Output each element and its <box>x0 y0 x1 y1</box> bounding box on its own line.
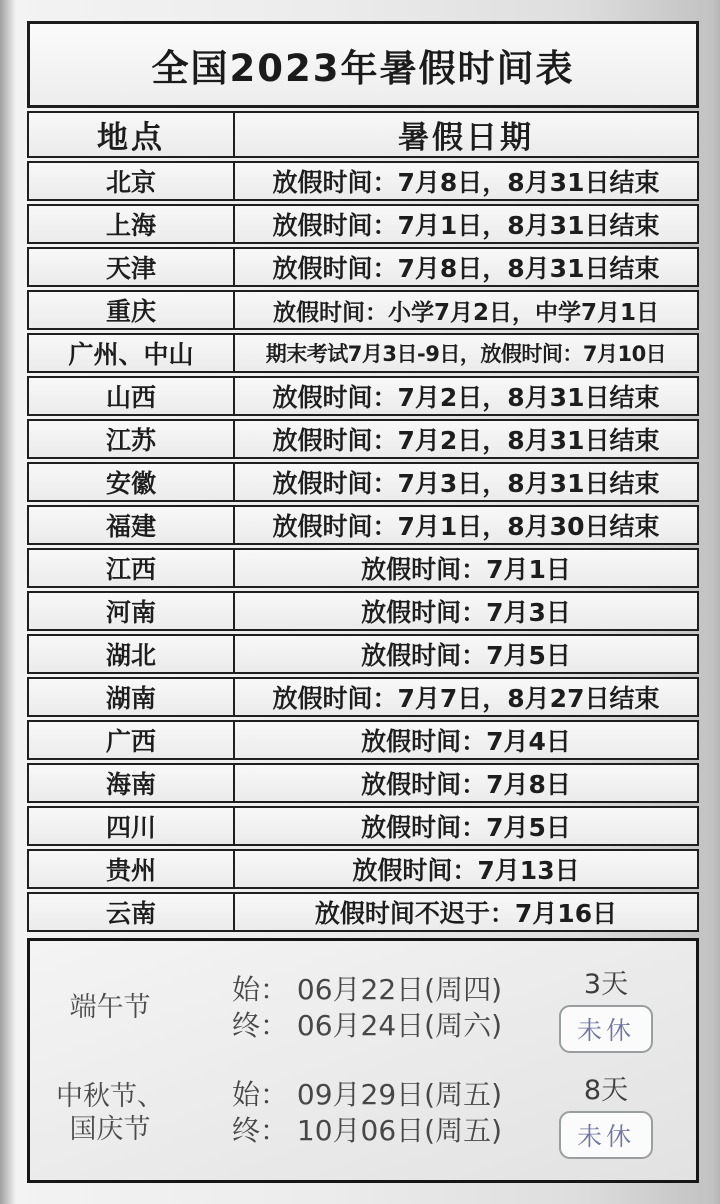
row-date: 放假时间：7月8日，8月31日结束 <box>233 247 699 287</box>
table-row-chongqing: 重庆 放假时间：小学7月2日，中学7月1日 <box>27 290 699 330</box>
days-count: 3天 <box>516 962 696 1001</box>
table-row-sichuan: 四川 放假时间：7月5日 <box>27 806 699 846</box>
row-date: 放假时间：小学7月2日，中学7月1日 <box>233 290 699 330</box>
table-row-hubei: 湖北 放假时间：7月5日 <box>27 634 699 674</box>
row-location: 广州、中山 <box>27 333 235 373</box>
row-date: 放假时间不迟于：7月16日 <box>233 892 699 932</box>
table-row-jiangxi: 江西 放假时间：7月1日 <box>27 548 699 588</box>
row-date: 放假时间：7月3日 <box>233 591 699 631</box>
row-date: 放假时间：7月2日，8月31日结束 <box>233 419 699 459</box>
table-header-row: 地点 暑假日期 <box>27 111 699 158</box>
header-date: 暑假日期 <box>233 111 699 158</box>
row-location: 江西 <box>27 548 235 588</box>
row-date: 期末考试7月3日-9日，放假时间：7月10日 <box>233 333 699 373</box>
row-location: 湖南 <box>27 677 235 717</box>
table-row-shanghai: 上海 放假时间：7月1日，8月31日结束 <box>27 204 699 244</box>
row-date: 放假时间：7月5日 <box>233 634 699 674</box>
row-location: 四川 <box>27 806 235 846</box>
holiday-start-date: 始： 09月29日(周五) <box>232 1077 516 1113</box>
row-date: 放假时间：7月2日，8月31日结束 <box>233 376 699 416</box>
table-row-hainan: 海南 放假时间：7月8日 <box>27 763 699 803</box>
holiday-end-date: 终： 10月06日(周五) <box>232 1113 516 1149</box>
row-date: 放假时间：7月1日，8月31日结束 <box>233 204 699 244</box>
row-location: 上海 <box>27 204 235 244</box>
row-date: 放假时间：7月1日 <box>233 548 699 588</box>
holiday-start-date: 始： 06月22日(周四) <box>232 972 516 1008</box>
status-badge[interactable]: 未休 <box>559 1005 653 1053</box>
days-count: 8天 <box>516 1068 696 1107</box>
table-row-yunnan: 云南 放假时间不迟于：7月16日 <box>27 892 699 932</box>
row-date: 放假时间：7月7日，8月27日结束 <box>233 677 699 717</box>
holiday-entry-duanwu: 端午节 始： 06月22日(周四) 终： 06月24日(周六) 3天 未休 <box>30 962 696 1053</box>
table-row-jiangsu: 江苏 放假时间：7月2日，8月31日结束 <box>27 419 699 459</box>
row-date: 放假时间：7月5日 <box>233 806 699 846</box>
holiday-name: 端午节 <box>30 991 190 1025</box>
table-row-guangzhou-zhongshan: 广州、中山 期末考试7月3日-9日，放假时间：7月10日 <box>27 333 699 373</box>
table-row-guangxi: 广西 放假时间：7月4日 <box>27 720 699 760</box>
row-location: 山西 <box>27 376 235 416</box>
holiday-summary: 8天 未休 <box>516 1068 696 1159</box>
page-title: 全国2023年暑假时间表 <box>27 21 699 108</box>
row-date: 放假时间：7月3日，8月31日结束 <box>233 462 699 502</box>
row-location: 安徽 <box>27 462 235 502</box>
row-location: 天津 <box>27 247 235 287</box>
holiday-dates: 始： 09月29日(周五) 终： 10月06日(周五) <box>190 1077 516 1149</box>
row-location: 河南 <box>27 591 235 631</box>
table-row-anhui: 安徽 放假时间：7月3日，8月31日结束 <box>27 462 699 502</box>
row-date: 放假时间：7月13日 <box>233 849 699 889</box>
table-row-fujian: 福建 放假时间：7月1日，8月30日结束 <box>27 505 699 545</box>
row-location: 江苏 <box>27 419 235 459</box>
header-location: 地点 <box>27 111 235 158</box>
row-location: 湖北 <box>27 634 235 674</box>
row-location: 云南 <box>27 892 235 932</box>
row-location: 北京 <box>27 161 235 201</box>
table-row-beijing: 北京 放假时间：7月8日，8月31日结束 <box>27 161 699 201</box>
row-location: 广西 <box>27 720 235 760</box>
holiday-name: 中秋节、 国庆节 <box>30 1080 190 1148</box>
table-row-shanxi: 山西 放假时间：7月2日，8月31日结束 <box>27 376 699 416</box>
holiday-panel: 端午节 始： 06月22日(周四) 终： 06月24日(周六) 3天 未休 中秋… <box>27 938 699 1183</box>
holiday-dates: 始： 06月22日(周四) 终： 06月24日(周六) <box>190 972 516 1044</box>
row-location: 海南 <box>27 763 235 803</box>
table-row-guizhou: 贵州 放假时间：7月13日 <box>27 849 699 889</box>
timetable-sheet: 全国2023年暑假时间表 地点 暑假日期 北京 放假时间：7月8日，8月31日结… <box>27 21 699 1183</box>
table-row-hunan: 湖南 放假时间：7月7日，8月27日结束 <box>27 677 699 717</box>
row-location: 福建 <box>27 505 235 545</box>
status-badge[interactable]: 未休 <box>559 1111 653 1159</box>
holiday-entry-zhongqiu-guoqing: 中秋节、 国庆节 始： 09月29日(周五) 终： 10月06日(周五) 8天 … <box>30 1068 696 1159</box>
table-row-tianjin: 天津 放假时间：7月8日，8月31日结束 <box>27 247 699 287</box>
row-location: 重庆 <box>27 290 235 330</box>
row-date: 放假时间：7月8日 <box>233 763 699 803</box>
holiday-summary: 3天 未休 <box>516 962 696 1053</box>
row-location: 贵州 <box>27 849 235 889</box>
row-date: 放假时间：7月1日，8月30日结束 <box>233 505 699 545</box>
screenshot-root: 全国2023年暑假时间表 地点 暑假日期 北京 放假时间：7月8日，8月31日结… <box>0 0 720 1204</box>
row-date: 放假时间：7月4日 <box>233 720 699 760</box>
table-row-henan: 河南 放假时间：7月3日 <box>27 591 699 631</box>
holiday-end-date: 终： 06月24日(周六) <box>232 1008 516 1044</box>
row-date: 放假时间：7月8日，8月31日结束 <box>233 161 699 201</box>
